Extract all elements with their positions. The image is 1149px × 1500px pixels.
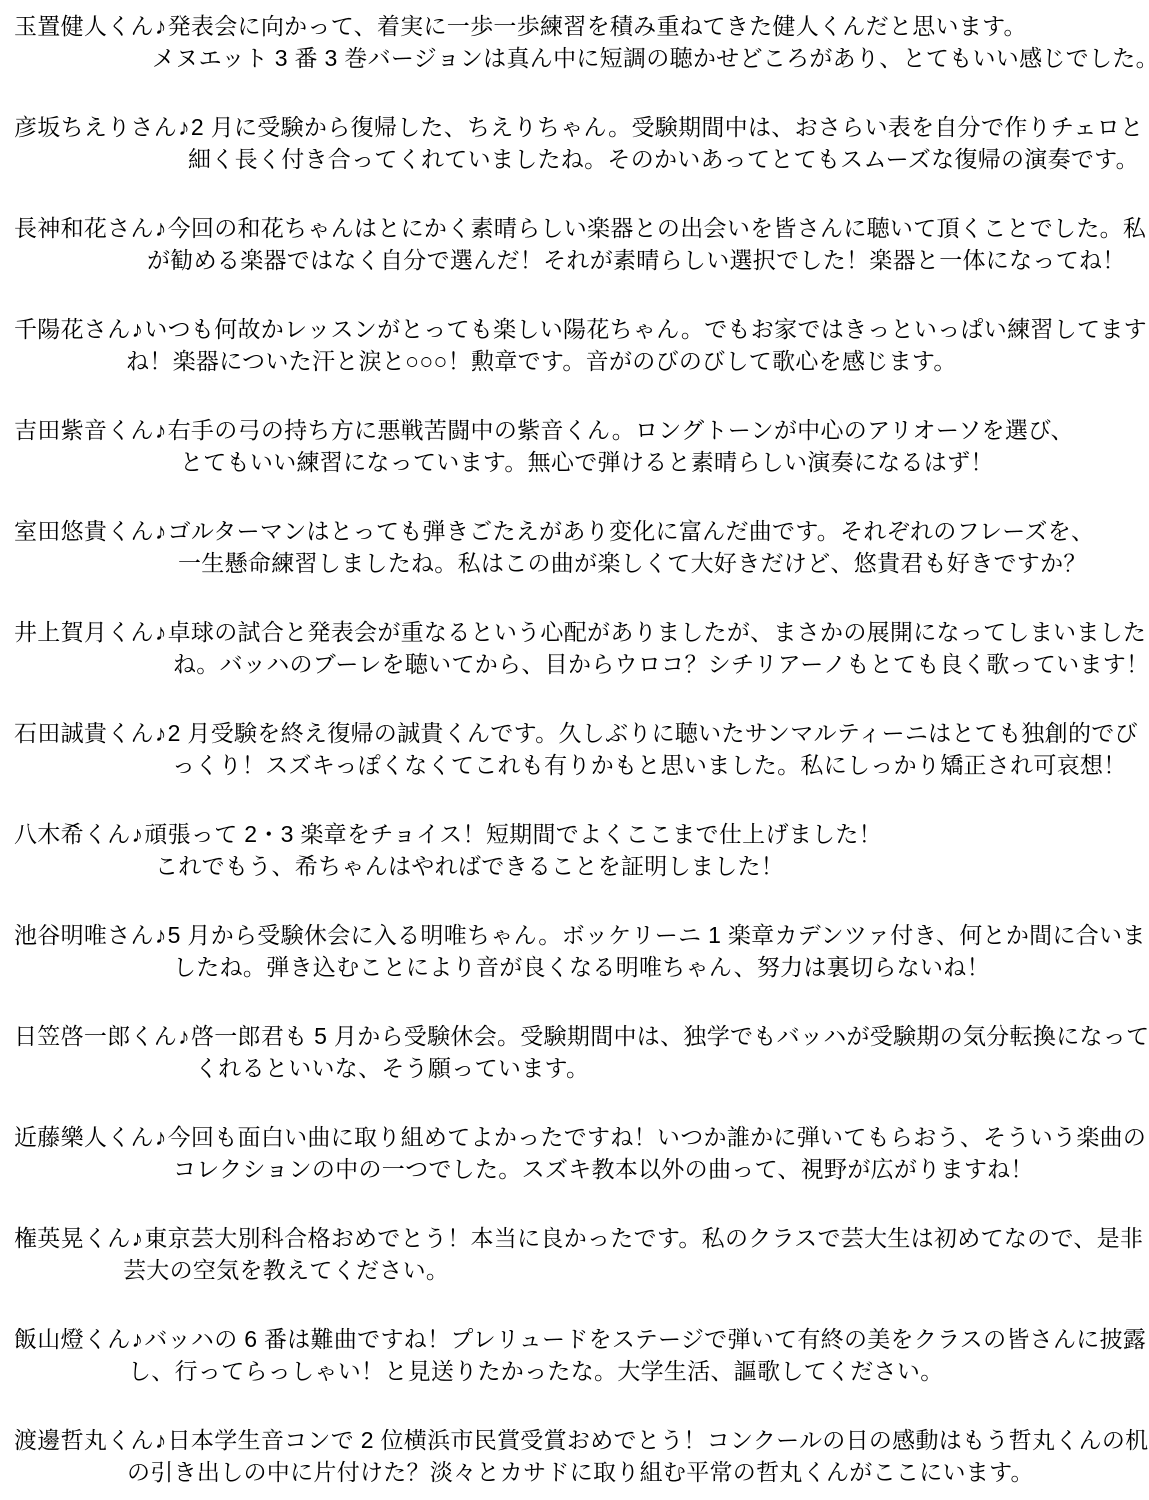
comment-text: 東京芸大別科合格おめでとう！本当に良かったです。私のクラスで芸大生は初めてなので… <box>144 1225 1143 1251</box>
student-name: 石田誠貴くん <box>14 720 154 746</box>
student-name: 吉田紫音くん <box>14 417 154 443</box>
comment-line-1: 吉田紫音くん♪右手の弓の持ち方に悪戦苦闘中の紫音くん。ロングトーンが中心のアリオ… <box>14 414 1149 446</box>
music-note-icon: ♪ <box>154 922 168 948</box>
comment-paragraph: 飯山燈くん♪バッハの 6 番は難曲ですね！プレリュードをステージで弾いて有終の美… <box>14 1323 1149 1387</box>
comment-paragraph: 室田悠貴くん♪ゴルターマンはとっても弾きごたえがあり変化に富んだ曲です。それぞれ… <box>14 515 1149 579</box>
music-note-icon: ♪ <box>131 316 145 342</box>
music-note-icon: ♪ <box>131 1225 145 1251</box>
music-note-icon: ♪ <box>177 114 191 140</box>
student-name: 近藤樂人くん <box>14 1124 154 1150</box>
comment-line-2: 一生懸命練習しましたね。私はこの曲が楽しくて大好きだけど、悠貴君も好きですか？ <box>14 547 1149 579</box>
music-note-icon: ♪ <box>131 1326 145 1352</box>
comment-paragraph: 近藤樂人くん♪今回も面白い曲に取り組めてよかったですね！いつか誰かに弾いてもらお… <box>14 1121 1149 1185</box>
student-name: 権英晃くん <box>14 1225 131 1251</box>
comment-text: 頑張って 2・3 楽章をチョイス！短期間でよくここまで仕上げました！ <box>144 821 882 847</box>
student-name: 日笠啓一郎くん <box>14 1023 177 1049</box>
music-note-icon: ♪ <box>154 619 168 645</box>
comment-text: 日本学生音コンで 2 位横浜市民賞受賞おめでとう！コンクールの日の感動はもう哲丸… <box>168 1427 1149 1453</box>
comment-text: 2 月受験を終え復帰の誠貴くんです。久しぶりに聴いたサンマルティーニはとても独創… <box>168 720 1138 746</box>
music-note-icon: ♪ <box>154 1124 168 1150</box>
comment-line-2: くれるといいな、そう願っています。 <box>14 1052 1149 1084</box>
comment-paragraph: 井上賀月くん♪卓球の試合と発表会が重なるという心配がありましたが、まさかの展開に… <box>14 616 1149 680</box>
comment-text: ゴルターマンはとっても弾きごたえがあり変化に富んだ曲です。それぞれのフレーズを、 <box>168 518 1095 544</box>
comment-paragraph: 彦坂ちえりさん♪2 月に受験から復帰した、ちえりちゃん。受験期間中は、おさらい表… <box>14 111 1149 175</box>
comment-paragraph: 玉置健人くん♪発表会に向かって、着実に一歩一歩練習を積み重ねてきた健人くんだと思… <box>14 10 1149 74</box>
comment-text: いつも何故かレッスンがとっても楽しい陽花ちゃん。でもお家ではきっといっぱい練習し… <box>144 316 1147 342</box>
comment-line-2: とてもいい練習になっています。無心で弾けると素晴らしい演奏になるはず！ <box>14 446 1149 478</box>
student-name: 池谷明唯さん <box>14 922 154 948</box>
comment-line-2: コレクションの中の一つでした。スズキ教本以外の曲って、視野が広がりますね！ <box>14 1153 1149 1185</box>
comment-text: 啓一郎君も 5 月から受験休会。受験期間中は、独学でもバッハが受験期の気分転換に… <box>191 1023 1149 1049</box>
comment-paragraph: 八木希くん♪頑張って 2・3 楽章をチョイス！短期間でよくここまで仕上げました！… <box>14 818 1149 882</box>
student-name: 玉置健人くん <box>14 13 154 39</box>
comment-line-2: 細く長く付き合ってくれていましたね。そのかいあってとてもスムーズな復帰の演奏です… <box>14 143 1149 175</box>
student-name: 長神和花さん <box>14 215 154 241</box>
comment-line-1: 渡邊哲丸くん♪日本学生音コンで 2 位横浜市民賞受賞おめでとう！コンクールの日の… <box>14 1424 1149 1456</box>
comment-line-2: これでもう、希ちゃんはやればできることを証明しました！ <box>14 850 1149 882</box>
music-note-icon: ♪ <box>131 821 145 847</box>
comment-line-1: 彦坂ちえりさん♪2 月に受験から復帰した、ちえりちゃん。受験期間中は、おさらい表… <box>14 111 1149 143</box>
comment-line-1: 井上賀月くん♪卓球の試合と発表会が重なるという心配がありましたが、まさかの展開に… <box>14 616 1149 648</box>
comment-text: 今回も面白い曲に取り組めてよかったですね！いつか誰かに弾いてもらおう、そういう楽… <box>168 1124 1147 1150</box>
comment-text: 5 月から受験休会に入る明唯ちゃん。ボッケリーニ 1 楽章カデンツァ付き、何とか… <box>168 922 1146 948</box>
comment-paragraph: 千陽花さん♪いつも何故かレッスンがとっても楽しい陽花ちゃん。でもお家ではきっとい… <box>14 313 1149 377</box>
comment-paragraph: 権英晃くん♪東京芸大別科合格おめでとう！本当に良かったです。私のクラスで芸大生は… <box>14 1222 1149 1286</box>
music-note-icon: ♪ <box>154 518 168 544</box>
student-name: 井上賀月くん <box>14 619 154 645</box>
comment-line-2: したね。弾き込むことにより音が良くなる明唯ちゃん、努力は裏切らないね！ <box>14 951 1149 983</box>
music-note-icon: ♪ <box>154 215 168 241</box>
comment-line-1: 池谷明唯さん♪5 月から受験休会に入る明唯ちゃん。ボッケリーニ 1 楽章カデンツ… <box>14 919 1149 951</box>
comment-paragraph: 池谷明唯さん♪5 月から受験休会に入る明唯ちゃん。ボッケリーニ 1 楽章カデンツ… <box>14 919 1149 983</box>
student-name: 彦坂ちえりさん <box>14 114 177 140</box>
comment-line-2: の引き出しの中に片付けた？淡々とカサドに取り組む平常の哲丸くんがここにいます。 <box>14 1456 1149 1488</box>
student-name: 渡邊哲丸くん <box>14 1427 154 1453</box>
comment-line-1: 千陽花さん♪いつも何故かレッスンがとっても楽しい陽花ちゃん。でもお家ではきっとい… <box>14 313 1149 345</box>
comment-text: 今回の和花ちゃんはとにかく素晴らしい楽器との出会いを皆さんに聴いて頂くことでした… <box>168 215 1147 241</box>
comment-line-1: 八木希くん♪頑張って 2・3 楽章をチョイス！短期間でよくここまで仕上げました！ <box>14 818 1149 850</box>
comment-line-1: 権英晃くん♪東京芸大別科合格おめでとう！本当に良かったです。私のクラスで芸大生は… <box>14 1222 1149 1254</box>
comments-document: 玉置健人くん♪発表会に向かって、着実に一歩一歩練習を積み重ねてきた健人くんだと思… <box>0 0 1149 1488</box>
student-name: 室田悠貴くん <box>14 518 154 544</box>
comment-paragraph: 渡邊哲丸くん♪日本学生音コンで 2 位横浜市民賞受賞おめでとう！コンクールの日の… <box>14 1424 1149 1488</box>
comment-paragraph: 石田誠貴くん♪2 月受験を終え復帰の誠貴くんです。久しぶりに聴いたサンマルティー… <box>14 717 1149 781</box>
student-name: 八木希くん <box>14 821 131 847</box>
comment-line-2: メヌエット 3 番 3 巻バージョンは真ん中に短調の聴かせどころがあり、とてもい… <box>14 42 1149 74</box>
comment-line-1: 長神和花さん♪今回の和花ちゃんはとにかく素晴らしい楽器との出会いを皆さんに聴いて… <box>14 212 1149 244</box>
comment-line-2: 芸大の空気を教えてください。 <box>14 1254 1149 1286</box>
comment-line-1: 日笠啓一郎くん♪啓一郎君も 5 月から受験休会。受験期間中は、独学でもバッハが受… <box>14 1020 1149 1052</box>
comment-line-1: 室田悠貴くん♪ゴルターマンはとっても弾きごたえがあり変化に富んだ曲です。それぞれ… <box>14 515 1149 547</box>
comment-line-1: 石田誠貴くん♪2 月受験を終え復帰の誠貴くんです。久しぶりに聴いたサンマルティー… <box>14 717 1149 749</box>
comment-text: 2 月に受験から復帰した、ちえりちゃん。受験期間中は、おさらい表を自分で作りチェ… <box>191 114 1143 140</box>
comment-line-1: 飯山燈くん♪バッハの 6 番は難曲ですね！プレリュードをステージで弾いて有終の美… <box>14 1323 1149 1355</box>
comment-paragraph: 日笠啓一郎くん♪啓一郎君も 5 月から受験休会。受験期間中は、独学でもバッハが受… <box>14 1020 1149 1084</box>
comment-line-2: が勧める楽器ではなく自分で選んだ！それが素晴らしい選択でした！楽器と一体になって… <box>14 244 1149 276</box>
music-note-icon: ♪ <box>154 1427 168 1453</box>
comment-line-2: ね！楽器についた汗と涙と○○○！勲章です。音がのびのびして歌心を感じます。 <box>14 345 1149 377</box>
music-note-icon: ♪ <box>154 417 168 443</box>
comment-text: バッハの 6 番は難曲ですね！プレリュードをステージで弾いて有終の美をクラスの皆… <box>144 1326 1146 1352</box>
student-name: 千陽花さん <box>14 316 131 342</box>
comment-paragraph: 吉田紫音くん♪右手の弓の持ち方に悪戦苦闘中の紫音くん。ロングトーンが中心のアリオ… <box>14 414 1149 478</box>
comment-line-2: ね。バッハのブーレを聴いてから、目からウロコ？シチリアーノもとても良く歌っていま… <box>14 648 1149 680</box>
comment-line-1: 近藤樂人くん♪今回も面白い曲に取り組めてよかったですね！いつか誰かに弾いてもらお… <box>14 1121 1149 1153</box>
comment-line-1: 玉置健人くん♪発表会に向かって、着実に一歩一歩練習を積み重ねてきた健人くんだと思… <box>14 10 1149 42</box>
comment-text: 発表会に向かって、着実に一歩一歩練習を積み重ねてきた健人くんだと思います。 <box>168 13 1027 39</box>
music-note-icon: ♪ <box>154 720 168 746</box>
comment-paragraph: 長神和花さん♪今回の和花ちゃんはとにかく素晴らしい楽器との出会いを皆さんに聴いて… <box>14 212 1149 276</box>
student-name: 飯山燈くん <box>14 1326 131 1352</box>
comment-line-2: っくり！スズキっぽくなくてこれも有りかもと思いました。私にしっかり矯正され可哀想… <box>14 749 1149 781</box>
comment-text: 右手の弓の持ち方に悪戦苦闘中の紫音くん。ロングトーンが中心のアリオーソを選び、 <box>168 417 1074 443</box>
comment-text: 卓球の試合と発表会が重なるという心配がありましたが、まさかの展開になってしまいま… <box>168 619 1147 645</box>
music-note-icon: ♪ <box>177 1023 191 1049</box>
comment-line-2: し、行ってらっしゃい！と見送りたかったな。大学生活、謳歌してください。 <box>14 1355 1149 1387</box>
music-note-icon: ♪ <box>154 13 168 39</box>
